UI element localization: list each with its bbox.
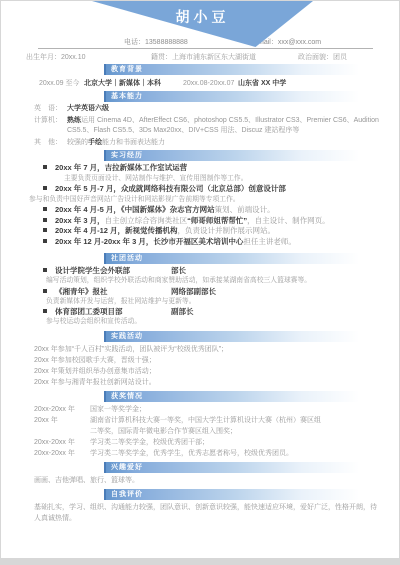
section-title-self-evaluation: 自我评价 [104,489,394,500]
education-school: 山东省 XX 中学 [238,78,286,89]
internship-tail: ，负责设计并制作展示网站。 [178,226,276,235]
section-title-awards: 获奖情况 [104,391,394,402]
skill-value: 大学英语六级 [67,105,109,112]
skill-value: 能力和书面表达能力 [102,139,165,146]
practice-line: 20xx 年参加校园歌手大赛，晋级十强； [1,355,399,366]
bullet-square-icon [43,228,47,232]
internship-highlight: “师哥师姐帮帮忙” [187,216,247,225]
education-row: 20xx.09 至今 北京大学｜新媒体｜本科 20xx.08-20xx.07 山… [1,78,399,89]
award-period: 20xx-20xx 年 [34,448,90,459]
education-school: 北京大学｜新媒体｜本科 [84,78,161,89]
bullet-square-icon [43,218,47,222]
award-row: 20xx-20xx 年 学习类二等奖学金，校级优秀团干部； [1,437,399,448]
section-title-clubs: 社团活动 [104,253,394,264]
internship-title: 20xx 年 7 月，吉拉新媒体工作室试运营 [55,163,187,172]
section-title-hobbies: 兴趣爱好 [104,462,394,473]
internship-title: 20xx 年 12 月-20xx 年 3 月，长沙市开福区美术培训中心 [55,237,243,246]
award-text: 湖南省计算机科技大赛一等奖，中国大学生计算机设计大赛（杭州）赛区组二等奖，国际青… [90,415,322,437]
award-row: 20xx-20xx 年 国家一等奖学金； [1,404,399,415]
bullet-square-icon [43,207,47,211]
political-status: 政治面貌：团员 [298,52,347,62]
club-item: 体育部团工委项目部 副部长 [1,307,399,317]
phone-number: 电话：13588888888 [124,37,188,47]
candidate-name: 胡小豆 [92,7,313,27]
award-text: 学习类二等奖学金，校级优秀团干部； [90,437,322,448]
section-title-practice: 实践活动 [104,331,394,342]
section-title-education: 教育背景 [104,64,394,75]
skill-value: 运用 Cinema 4D、AfterEffect CS6、photoshop C… [67,117,379,134]
bullet-square-icon [43,165,47,169]
internship-title: 20xx 年 3 月， [55,216,105,225]
internship-title: 20xx 年 4 月-5 月，《中国新媒体》杂志官方网站 [55,205,215,214]
practice-line: 20xx 年参与湘青年报社创新网站设计。 [1,377,399,388]
internship-item: 20xx 年 5 月-7 月，众成就网络科技有限公司（北京总部）创意设计部 [1,184,399,195]
section-title-internship: 实习经历 [104,150,394,161]
internship-tail: 策划、前端设计。 [215,205,275,214]
club-item: 设计学院学生会外联部 部长 [1,266,399,276]
award-row: 20xx 年 湖南省计算机科技大赛一等奖，中国大学生计算机设计大赛（杭州）赛区组… [1,415,399,437]
practice-line: 20xx 年策划并组织举办创意集市活动； [1,366,399,377]
education-period: 20xx.09 至今 [39,78,79,89]
internship-detail: 主要负责页面设计、网站制作与维护、宣传用图制作等工作。 [1,174,399,185]
section-title-skills: 基本能力 [104,91,394,102]
header-divider [38,48,373,49]
hobbies-text: 画画、吉他弹唱、旅行、篮球等。 [1,475,399,486]
club-detail: 参与校运动会组织和宣传活动。 [1,317,399,327]
internship-item: 20xx 年 12 月-20xx 年 3 月，长沙市开福区美术培训中心担任主讲老… [1,237,399,248]
birth-date: 出生年月：20xx.10 [26,52,86,62]
internship-item: 20xx 年 3 月，自主创立综合咨询类社区“师哥师姐帮帮忙”，自主设计、制作网… [1,216,399,227]
resume-body: 教育背景 20xx.09 至今 北京大学｜新媒体｜本科 20xx.08-20xx… [1,64,399,524]
internship-item: 20xx 年 4 月-12 月，新视觉传播机构，负责设计并制作展示网站。 [1,226,399,237]
skill-other: 其 他：较强的手绘能力和书面表达能力 [1,138,399,148]
skill-value: 较强的 [67,139,88,146]
club-detail: 负责新媒体开发与运营，报社网站维护与更新等。 [1,297,399,307]
club-item: 《湘青年》报社 网络部副部长 [1,287,399,297]
skill-highlight: 熟练 [67,117,81,124]
resume-page: 胡小豆 电话：13588888888 E-mail：xxx@xxx.com 出生… [1,1,399,558]
internship-item: 20xx 年 7 月，吉拉新媒体工作室试运营 [1,163,399,174]
skill-english: 英 语：大学英语六级 [1,104,399,114]
club-org: 体育部团工委项目部 [55,307,123,316]
bullet-square-icon [43,268,47,272]
internship-title: 20xx 年 4 月-12 月，新视觉传播机构 [55,226,178,235]
bullet-square-icon [43,289,47,293]
award-text: 国家一等奖学金； [90,404,322,415]
internship-tail: ，自主设计、制作网页。 [247,216,330,225]
bullet-square-icon [43,239,47,243]
skill-label: 其 他： [34,138,62,148]
club-org: 设计学院学生会外联部 [55,266,130,275]
award-period: 20xx-20xx 年 [34,404,90,415]
bullet-square-icon [43,186,47,190]
bullet-square-icon [43,309,47,313]
skill-highlight: 手绘 [88,139,102,146]
club-role: 部长 [171,266,186,276]
self-evaluation-text: 基础扎实，学习、组织、沟通能力较强，团队意识、创新意识较强，能快速适应环境，爱好… [1,502,399,524]
internship-item: 20xx 年 4 月-5 月，《中国新媒体》杂志官方网站策划、前端设计。 [1,205,399,216]
club-role: 副部长 [171,307,194,317]
internship-title: 20xx 年 5 月-7 月，众成就网络科技有限公司（北京总部）创意设计部 [55,184,286,193]
skill-label: 计算机： [34,116,62,126]
education-period: 20xx.08-20xx.07 [183,78,234,89]
award-period: 20xx 年 [34,415,90,437]
club-detail: 编写活动策划，组织学校外联活动和商家赞助活动，如承接某湖南省高校三人篮球赛等。 [1,276,399,286]
award-row: 20xx-20xx 年 学习类二等奖学金，优秀学生，优秀志愿者称号，校级优秀团员… [1,448,399,459]
internship-detail: 参与和负责中国好声音网站广告设计和网站影视广告前期等专项工作。 [1,195,399,206]
practice-line: 20xx 年参加“千人百村”实践活动，团队被评为“校级优秀团队”； [1,344,399,355]
club-role: 网络部副部长 [171,287,216,297]
internship-mid: 自主创立综合咨询类社区 [105,216,188,225]
internship-tail: 担任主讲老师。 [243,237,296,246]
award-text: 学习类二等奖学金，优秀学生，优秀志愿者称号，校级优秀团员。 [90,448,322,459]
skill-label: 英 语： [34,104,62,114]
club-org: 《湘青年》报社 [55,287,108,296]
native-place: 籍贯：上海市浦东新区东大湖街道 [151,52,256,62]
skill-computer: 计算机：熟练运用 Cinema 4D、AfterEffect CS6、photo… [1,116,399,136]
award-period: 20xx-20xx 年 [34,437,90,448]
